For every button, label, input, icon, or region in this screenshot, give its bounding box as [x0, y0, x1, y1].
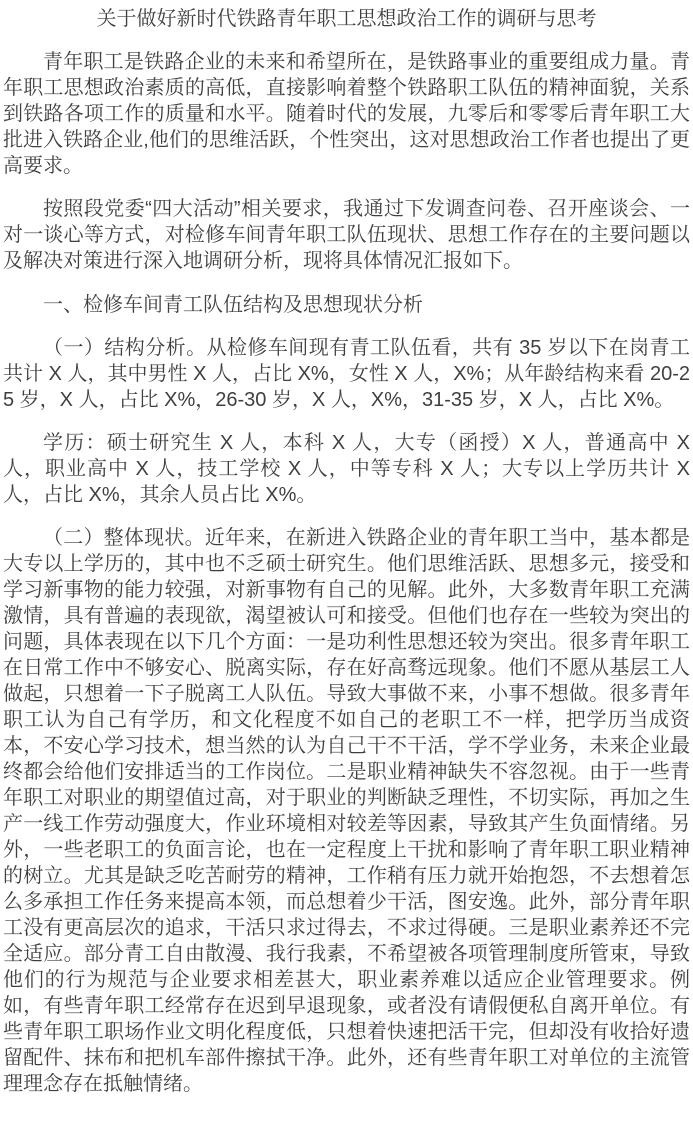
document-page: 关于做好新时代铁路青年职工思想政治工作的调研与思考 青年职工是铁路企业的未来和希… [0, 0, 693, 1121]
paragraph-overall-status: （二）整体现状。近年来，在新进入铁路企业的青年职工当中，基本都是大专以上学历的，… [3, 525, 690, 1097]
paragraph-intro: 青年职工是铁路企业的未来和希望所在，是铁路事业的重要组成力量。青年职工思想政治素… [3, 49, 690, 179]
paragraph-structure-analysis: （一）结构分析。从检修车间现有青工队伍看，共有 35 岁以下在岗青工共计 X 人… [3, 335, 690, 413]
document-title: 关于做好新时代铁路青年职工思想政治工作的调研与思考 [3, 6, 690, 32]
section-heading-1: 一、检修车间青工队伍结构及思想现状分析 [3, 292, 690, 318]
paragraph-education-stats: 学历：硕士研究生 X 人，本科 X 人，大专（函授）X 人，普通高中 X 人，职… [3, 430, 690, 508]
paragraph-survey-method: 按照段党委“四大活动”相关要求，我通过下发调查问卷、召开座谈会、一对一谈心等方式… [3, 196, 690, 274]
